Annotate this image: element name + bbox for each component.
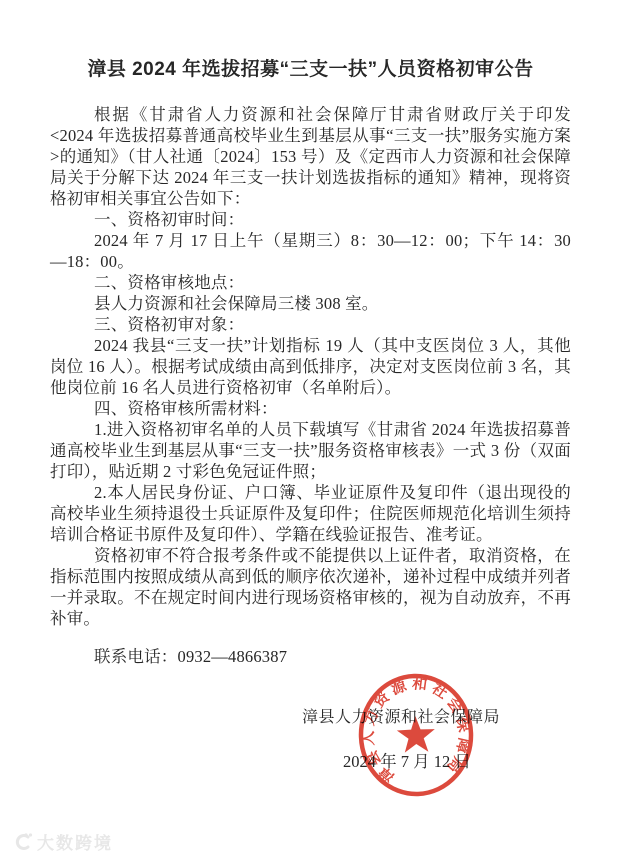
- watermark-text: 大数跨境: [37, 829, 113, 854]
- official-red-seal: 漳县人力资源和社会保障局: [354, 669, 478, 801]
- section-2-heading: 二、资格审核地点：: [50, 272, 571, 293]
- section-2-paragraph: 县人力资源和社会保障局三楼 308 室。: [50, 293, 571, 314]
- site-watermark: 大数跨境: [13, 829, 113, 854]
- watermark-logo-icon: [13, 832, 33, 852]
- document-body: 漳县 2024 年选拔招募“三支一扶”人员资格初审公告 根据《甘肃省人力资源和社…: [50, 57, 571, 667]
- seal-star-icon: [396, 715, 435, 753]
- section-4-heading: 四、资格审核所需材料：: [50, 398, 571, 419]
- scanned-notice-page: 漳县 2024 年选拔招募“三支一扶”人员资格初审公告 根据《甘肃省人力资源和社…: [0, 0, 617, 854]
- section-4-paragraph-2: 2.本人居民身份证、户口簿、毕业证原件及复印件（退出现役的高校毕业生须持退役士兵…: [50, 482, 571, 545]
- document-title: 漳县 2024 年选拔招募“三支一扶”人员资格初审公告: [50, 57, 571, 83]
- intro-paragraph: 根据《甘肃省人力资源和社会保障厅甘肃省财政厅关于印发<2024 年选拔招募普通高…: [50, 104, 571, 209]
- contact-phone-line: 联系电话：0932—4866387: [50, 646, 571, 667]
- section-3-heading: 三、资格初审对象：: [50, 314, 571, 335]
- section-3-paragraph: 2024 我县“三支一扶”计划指标 19 人（其中支医岗位 3 人，其他岗位 1…: [50, 335, 571, 398]
- section-4-paragraph-1: 1.进入资格初审名单的人员下载填写《甘肃省 2024 年选拔招募普通高校毕业生到…: [50, 419, 571, 482]
- section-1-heading: 一、资格初审时间：: [50, 209, 571, 230]
- section-1-paragraph: 2024 年 7 月 17 日上午（星期三）8：30—12：00；下午 14：3…: [50, 230, 571, 272]
- section-4-paragraph-3: 资格初审不符合报考条件或不能提供以上证件者，取消资格，在指标范围内按照成绩从高到…: [50, 545, 571, 629]
